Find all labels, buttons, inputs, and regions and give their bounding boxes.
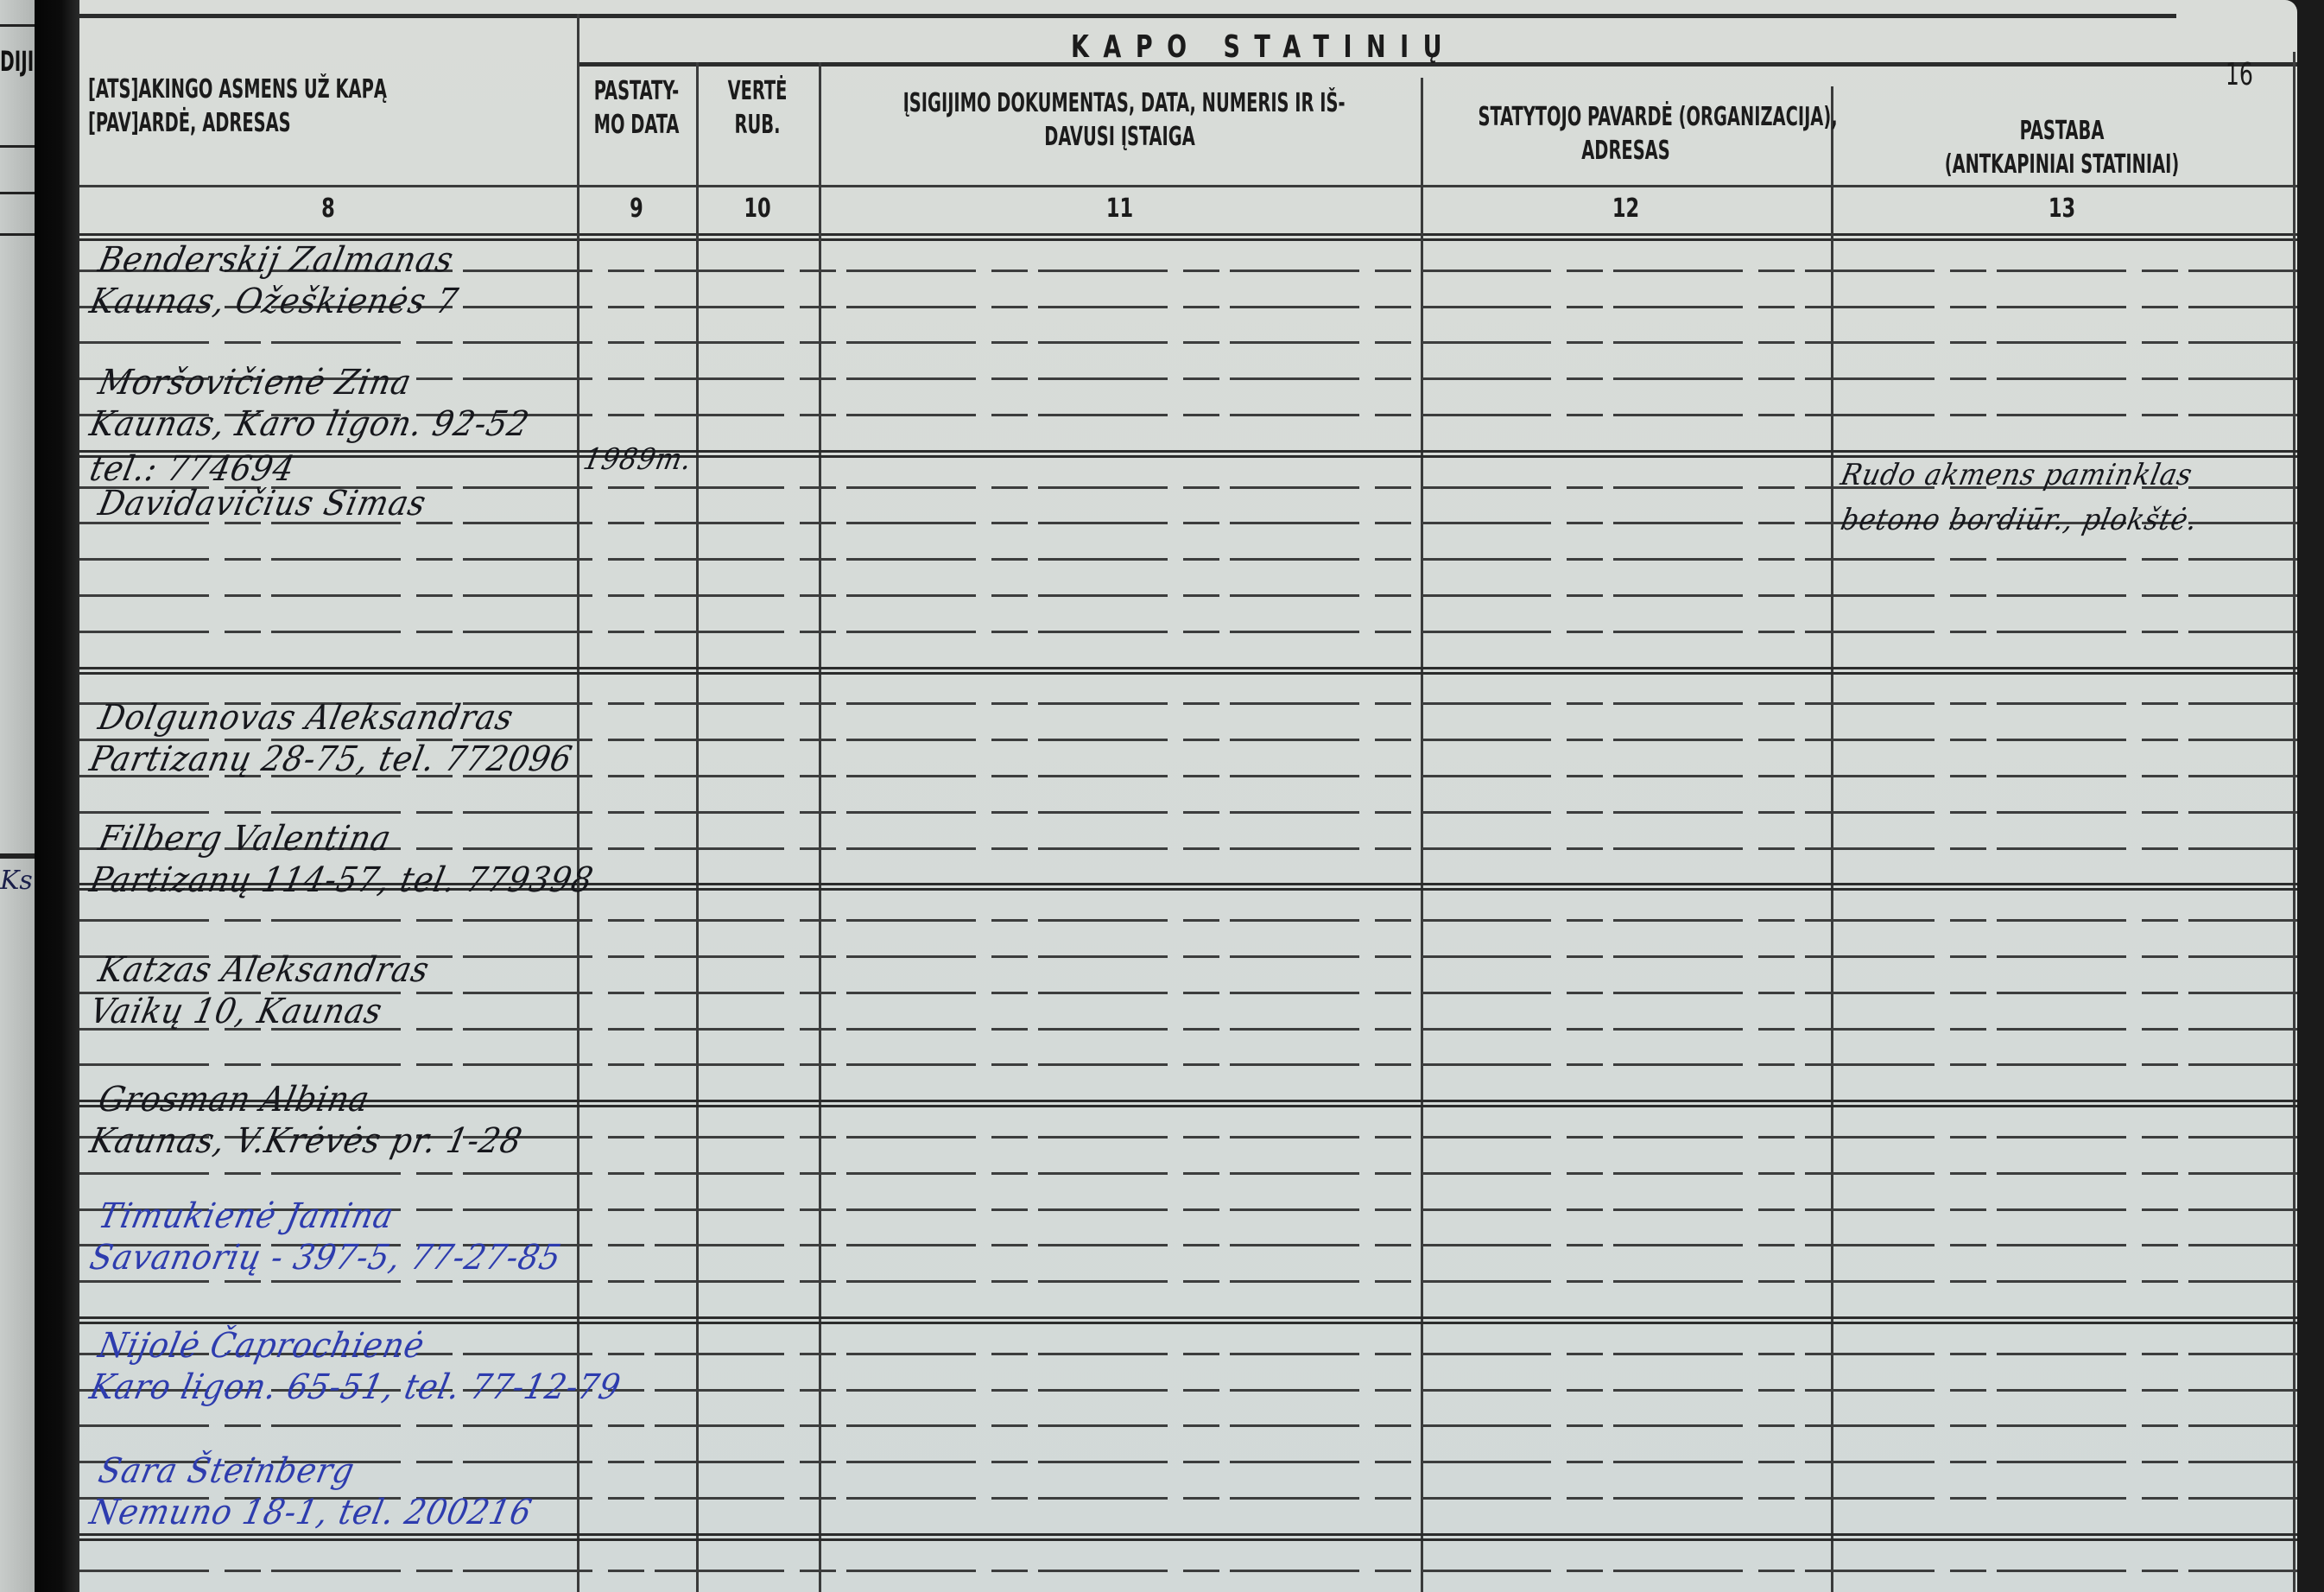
entry-address: Partizanų 28-75, tel. 772096 — [86, 739, 576, 779]
column-header-line: STATYTOJO PAVARDĖ (ORGANIZACIJA), — [1479, 100, 1774, 134]
column-divider — [1421, 78, 1423, 1592]
rule-line — [79, 1461, 2297, 1463]
entry-note: Rudo akmens paminklas — [1838, 458, 2195, 492]
entry-address: Savanorių - 397-5, 77-27-85 — [86, 1238, 565, 1278]
column-header-line: MO DATA — [593, 108, 679, 142]
column-header-9: PASTATY-MO DATA — [593, 74, 679, 142]
column-header-line: VERTĖ — [713, 74, 801, 108]
rule-line — [79, 185, 2297, 187]
entry-address: Kaunas, Karo ligon. 92-52 — [86, 404, 533, 444]
rule-line — [79, 377, 2297, 380]
column-header-line: [PAV]ARDĖ, ADRESAS — [88, 106, 440, 140]
rule-line — [79, 1063, 2297, 1066]
column-number-9: 9 — [592, 193, 681, 224]
entry-name: Dolgunovas Aleksandras — [95, 698, 517, 738]
entry-name: Katzas Aleksandras — [95, 950, 433, 990]
entry-address: Kaunas, V.Krėvės pr. 1-28 — [86, 1121, 526, 1161]
entry-name: Sara Šteinberg — [95, 1451, 358, 1491]
entry-address: Vaikų 10, Kaunas — [86, 992, 386, 1031]
column-header-8: [ATS]AKINGO ASMENS UŽ KAPĄ[PAV]ARDĖ, ADR… — [88, 73, 440, 140]
book-spine — [35, 0, 79, 1592]
rule-line — [79, 811, 2297, 814]
rule-line — [79, 667, 2297, 669]
column-header-line: PASTATY- — [593, 74, 679, 108]
entry-name: Grosman Albina — [95, 1080, 373, 1119]
rule-line — [79, 450, 2297, 453]
rule-line — [79, 1424, 2297, 1427]
column-header-13: PASTABA(ANTKAPINIAI STATINIAI) — [1896, 114, 2228, 181]
rule-line — [79, 1533, 2297, 1536]
entry-address: Karo ligon. 65-51, tel. 77-12-79 — [86, 1367, 624, 1407]
rule-line — [79, 1280, 2297, 1283]
column-header-line: DAVUSI ĮSTAIGA — [903, 120, 1337, 154]
rule-line — [79, 847, 2297, 850]
entry-address: Partizanų 114-57, tel. 779398 — [86, 860, 597, 900]
column-divider — [2293, 52, 2296, 1592]
rule-line — [79, 1208, 2297, 1211]
column-number-12: 12 — [1472, 193, 1779, 224]
previous-page-mark: Ks — [0, 866, 33, 896]
entry-note: betono bordiūr., plokštė. — [1838, 503, 2201, 537]
entry-address: Nemuno 18-1, tel. 200216 — [86, 1493, 535, 1532]
column-header-line: [ATS]AKINGO ASMENS UŽ KAPĄ — [88, 73, 440, 106]
rule-line — [79, 233, 2297, 236]
rule-line — [79, 1316, 2297, 1319]
column-header-line: (ANTKAPINIAI STATINIAI) — [1896, 148, 2228, 181]
column-header-10: VERTĖRUB. — [713, 74, 801, 142]
rule-line — [79, 992, 2297, 994]
rule-line — [79, 1028, 2297, 1031]
rule-line — [79, 558, 2297, 561]
column-header-12: STATYTOJO PAVARDĖ (ORGANIZACIJA),ADRESAS — [1479, 100, 1774, 168]
entry-name: Moršovičienė Zina — [95, 363, 415, 403]
column-number-10: 10 — [712, 193, 804, 224]
entry-name: Davidavičius Simas — [95, 484, 430, 523]
column-divider — [819, 62, 821, 1592]
entry-address: Kaunas, Ožeškienės 7 — [86, 282, 462, 321]
column-header-line: ADRESAS — [1479, 134, 1774, 168]
entry-name: Timukienė Janina — [95, 1196, 397, 1236]
column-header-line: PASTABA — [1896, 114, 2228, 148]
rule-line — [79, 594, 2297, 597]
column-divider — [1831, 86, 1833, 1592]
entry-construction-date: 1989m. — [580, 442, 695, 477]
rule-line — [79, 1100, 2297, 1102]
rule-line — [79, 1172, 2297, 1175]
column-header-11: ĮSIGIJIMO DOKUMENTAS, DATA, NUMERIS IR I… — [903, 86, 1337, 154]
column-divider — [696, 62, 699, 1592]
rule-line — [79, 919, 2297, 922]
column-header-line: RUB. — [713, 108, 801, 142]
entry-name: Filberg Valentina — [95, 819, 395, 859]
column-header-line: ĮSIGIJIMO DOKUMENTAS, DATA, NUMERIS IR I… — [903, 86, 1337, 120]
column-number-11: 11 — [894, 193, 1346, 224]
column-number-8: 8 — [142, 193, 515, 224]
column-number-13: 13 — [1889, 193, 2235, 224]
page-number: 16 — [2226, 57, 2253, 92]
section-title: KAPO STATINIŲ — [1071, 29, 1456, 65]
register-page: KAPO STATINIŲ 16 [ATS]AKINGO ASMENS UŽ K… — [52, 0, 2297, 1592]
entry-name: Nijolė Čaprochienė — [95, 1326, 428, 1366]
entry-name: Benderskij Zalmanas — [95, 240, 457, 280]
rule-line — [79, 341, 2297, 344]
rule-line — [79, 1570, 2297, 1572]
rule-line — [79, 631, 2297, 633]
rule-line — [79, 14, 2176, 18]
